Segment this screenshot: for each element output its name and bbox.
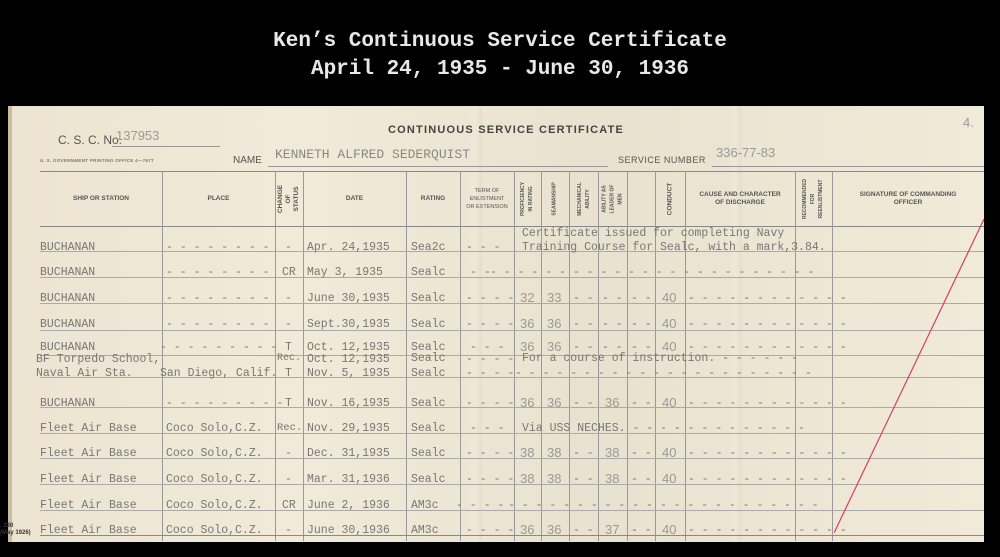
cell-remarks: For a course of instruction. - - - - - -: [522, 352, 798, 365]
header-date: DATE: [303, 171, 406, 226]
cell-place: - - - - - - - -: [166, 318, 270, 331]
cell-date: Dec. 31,1935: [307, 447, 390, 460]
header-status: CHANGE OF STATUS: [275, 171, 303, 226]
cell-term: - - - -: [466, 292, 514, 305]
cell-proficiency: 38: [520, 471, 534, 486]
cell-remarks: - - - - - - - - - - - - - - - - - - - - …: [508, 499, 819, 512]
cell-ship: Fleet Air Base: [40, 499, 137, 512]
page-mark: 4.: [963, 115, 974, 130]
cell-ship: BUCHANAN: [40, 292, 95, 305]
cell-status: T: [285, 367, 292, 380]
cell-status: -: [285, 292, 292, 305]
cell-term: - - - -: [466, 367, 514, 380]
cell-remarks: Training Course for Sealc, with a mark,3…: [522, 241, 826, 254]
column-divider: [275, 171, 276, 541]
cell-status: T: [285, 397, 292, 410]
cell-place: - - - - - - - - -: [160, 341, 277, 354]
cell-rating: Sea2c: [411, 241, 446, 254]
cell-blank: - -: [631, 473, 652, 486]
cell-status: CR: [282, 499, 296, 512]
column-divider: [406, 171, 407, 541]
cell-status: -: [285, 318, 292, 331]
cell-ship: BF Torpedo School,: [36, 353, 160, 366]
cell-status: -: [285, 241, 292, 254]
cell-date: Nov. 29,1935: [307, 422, 390, 435]
csc-underline: [112, 146, 220, 147]
cell-leader: 38: [605, 445, 619, 460]
header-leader: ABILITY AS LEADER OF MEN: [598, 171, 627, 226]
column-divider: [303, 171, 304, 541]
cell-term: - - - -: [466, 473, 514, 486]
cell-status: Rec.: [277, 422, 302, 434]
caption-title: Ken’s Continuous Service Certificate: [0, 30, 1000, 53]
column-divider: [460, 171, 461, 541]
cell-blank: - -: [631, 318, 652, 331]
cell-term: - - - -: [466, 353, 514, 366]
header-ship: SHIP OR STATION: [40, 171, 162, 226]
cell-leader: 37: [605, 522, 619, 537]
gpo-label: U. S. GOVERNMENT PRINTING OFFICE 4—7677: [40, 158, 154, 163]
cell-proficiency: 36: [520, 395, 534, 410]
cell-place: - - - - - - - - -: [166, 397, 283, 410]
header-proficiency: PROFICIENCY IN RATING: [514, 171, 541, 226]
header-blank: [627, 171, 655, 226]
cell-date: Oct. 12,1935: [307, 353, 390, 366]
cell-date: June 30,1936: [307, 524, 390, 537]
cell-discharge: - - - - - - - - - - - -: [688, 292, 847, 305]
paper-edge: [8, 106, 12, 542]
cell-remarks: Certificate issued for completing Navy: [522, 227, 784, 240]
cell-conduct: 40: [662, 290, 676, 305]
csc-number: 137953: [116, 128, 159, 143]
cell-rating: Sealc: [411, 266, 446, 279]
cell-rating: Sealc: [411, 318, 446, 331]
service-number-value: 336-77-83: [716, 145, 775, 160]
cell-status: -: [285, 447, 292, 460]
cell-place: - - - - - - - -: [166, 241, 270, 254]
cell-date: June 30,1935: [307, 292, 390, 305]
cell-conduct: 40: [662, 522, 676, 537]
cell-blank: - -: [631, 524, 652, 537]
cell-status: -: [285, 524, 292, 537]
cell-date: Mar. 31,1936: [307, 473, 390, 486]
header-seamanship: SEAMANSHIP: [541, 171, 569, 226]
cell-place: - - - - - - - -: [166, 292, 270, 305]
cell-rating: Sealc: [411, 473, 446, 486]
cell-rating: AM3c: [411, 499, 439, 512]
cell-blank: - -: [631, 397, 652, 410]
header-signature: SIGNATURE OF COMMANDING OFFICER: [832, 171, 984, 226]
cell-conduct: 40: [662, 471, 676, 486]
cell-place: - - - - - - - -: [166, 266, 270, 279]
header-recommended: RECOMMENDED FOR REENLISTMENT: [795, 171, 832, 226]
column-divider: [162, 171, 163, 541]
cell-conduct: 40: [662, 316, 676, 331]
cell-term: - - - -: [466, 397, 514, 410]
cell-remarks: - - - - - - - - - - - - - - - - - - - - …: [515, 367, 812, 380]
cell-proficiency: 32: [520, 290, 534, 305]
cell-leader: - -: [602, 318, 623, 331]
header-discharge: CAUSE AND CHARACTER OF DISCHARGE: [685, 171, 795, 226]
cell-place: Coco Solo,C.Z.: [166, 524, 263, 537]
cell-rating: Sealc: [411, 422, 446, 435]
cell-leader: 36: [605, 395, 619, 410]
cell-leader: - -: [602, 292, 623, 305]
cell-discharge: - - - - - - - - - - - -: [688, 473, 847, 486]
cell-discharge: - - - - - - - - - - - -: [688, 524, 847, 537]
cell-date: Nov. 5, 1935: [307, 367, 390, 380]
cell-rating: Sealc: [411, 447, 446, 460]
header-rating: RATING: [406, 171, 460, 226]
cell-date: June 2, 1936: [307, 499, 390, 512]
name-value: KENNETH ALFRED SEDERQUIST: [275, 147, 470, 162]
cell-place: Coco Solo,C.Z.: [166, 447, 263, 460]
cell-mechanical: - -: [573, 447, 594, 460]
cell-seamanship: 36: [547, 316, 561, 331]
cell-term: - - - -: [466, 318, 514, 331]
cell-mechanical: - -: [573, 318, 594, 331]
cell-proficiency: 38: [520, 445, 534, 460]
cell-mechanical: - -: [573, 397, 594, 410]
header-mechanical: MECHANICAL ABILITY: [569, 171, 598, 226]
cell-status: CR: [282, 266, 296, 279]
cell-rating: Sealc: [411, 352, 446, 365]
cell-leader: 38: [605, 471, 619, 486]
signature-slash: [834, 219, 984, 533]
cell-remarks: Via USS NECHES. - - - - - - - - - - - - …: [522, 422, 805, 435]
cell-proficiency: 36: [520, 316, 534, 331]
cell-seamanship: 38: [547, 445, 561, 460]
cell-remarks: - - - - - - - - - - - - - - - - - - - - …: [490, 266, 814, 279]
cell-ship: Fleet Air Base: [40, 524, 137, 537]
cell-discharge: - - - - - - - - - - - -: [688, 447, 847, 460]
cell-status: -: [285, 473, 292, 486]
cell-term: - - - -: [466, 524, 514, 537]
cell-date: May 3, 1935: [307, 266, 383, 279]
form-code: . 230 (May 1926): [0, 523, 31, 537]
cell-term: - -: [470, 266, 491, 279]
cell-blank: - -: [631, 292, 652, 305]
cell-ship: BUCHANAN: [40, 241, 95, 254]
cell-ship: Naval Air Sta.: [36, 367, 133, 380]
cell-discharge: - - - - - - - - - - - -: [688, 397, 847, 410]
document-title: CONTINUOUS SERVICE CERTIFICATE: [388, 124, 624, 136]
cell-term: - - - -: [456, 499, 504, 512]
cell-mechanical: - -: [573, 292, 594, 305]
header-conduct: CONDUCT: [655, 171, 685, 226]
name-underline: [268, 166, 608, 167]
cell-proficiency: 36: [520, 522, 534, 537]
cell-ship: Fleet Air Base: [40, 473, 137, 486]
cell-rating: AM3c: [411, 524, 439, 537]
cell-ship: Fleet Air Base: [40, 447, 137, 460]
cell-date: Apr. 24,1935: [307, 241, 390, 254]
cell-seamanship: 38: [547, 471, 561, 486]
cell-conduct: 40: [662, 395, 676, 410]
caption-date-range: April 24, 1935 - June 30, 1936: [0, 58, 1000, 81]
cell-status: Rec.: [277, 353, 301, 364]
cell-seamanship: 36: [547, 395, 561, 410]
name-label: NAME: [233, 155, 262, 166]
cell-blank: - -: [631, 447, 652, 460]
cell-date: Sept.30,1935: [307, 318, 390, 331]
cell-term: - - -: [466, 241, 501, 254]
cell-seamanship: 33: [547, 290, 561, 305]
service-number-label: SERVICE NUMBER: [618, 155, 706, 165]
service-number-underline: [712, 166, 984, 167]
cell-ship: BUCHANAN: [40, 318, 95, 331]
cell-ship: Fleet Air Base: [40, 422, 137, 435]
cell-rating: Sealc: [411, 367, 446, 380]
header-place: PLACE: [162, 171, 275, 226]
cell-mechanical: - -: [573, 473, 594, 486]
cell-place: Coco Solo,C.Z.: [166, 499, 263, 512]
cell-mechanical: - -: [573, 524, 594, 537]
cell-rating: Sealc: [411, 292, 446, 305]
cell-term: - - - -: [466, 447, 514, 460]
cell-seamanship: 36: [547, 522, 561, 537]
cell-ship: BUCHANAN: [40, 266, 95, 279]
csc-label: C. S. C. No.: [58, 133, 122, 147]
cell-date: Nov. 16,1935: [307, 397, 390, 410]
cell-place: San Diego, Calif.: [160, 367, 277, 380]
cell-place: Coco Solo,C.Z.: [166, 473, 263, 486]
header-term: TERM OF ENLISTMENT OR EXTENSION: [460, 171, 514, 226]
cell-ship: BUCHANAN: [40, 397, 95, 410]
cell-conduct: 40: [662, 445, 676, 460]
cell-place: Coco Solo,C.Z.: [166, 422, 263, 435]
cell-discharge: - - - - - - - - - - - -: [688, 318, 847, 331]
cell-rating: Sealc: [411, 397, 446, 410]
cell-term: - - -: [470, 422, 505, 435]
